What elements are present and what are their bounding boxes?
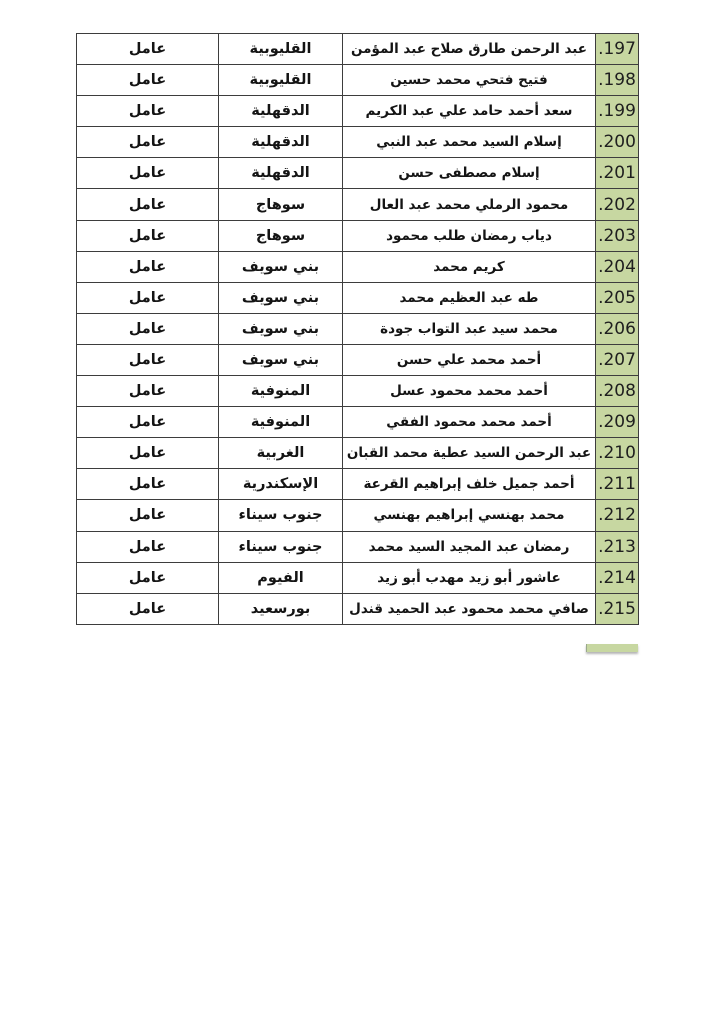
occupation-cell: عامل (77, 220, 219, 251)
governorate-cell: الدقهلية (219, 96, 343, 127)
governorate-cell: الإسكندرية (219, 469, 343, 500)
serial-number-cell: 206. (596, 313, 639, 344)
table-row: 213.رمضان عبد المجيد السيد محمدجنوب سينا… (77, 531, 639, 562)
table-row: 197.عبد الرحمن طارق صلاح عبد المؤمنالقلي… (77, 34, 639, 65)
full-name-cell: صافي محمد محمود عبد الحميد قندل (343, 593, 596, 624)
occupation-cell: عامل (77, 593, 219, 624)
governorate-cell: جنوب سيناء (219, 531, 343, 562)
table-row: 208.أحمد محمد محمود عسلالمنوفيةعامل (77, 376, 639, 407)
full-name-cell: محمود الرملي محمد عبد العال (343, 189, 596, 220)
serial-number-cell: 210. (596, 438, 639, 469)
table-row: 210.عبد الرحمن السيد عطية محمد القبانالغ… (77, 438, 639, 469)
serial-number-cell: 197. (596, 34, 639, 65)
serial-number-cell: 199. (596, 96, 639, 127)
table-row: 201.إسلام مصطفى حسنالدقهليةعامل (77, 158, 639, 189)
full-name-cell: رمضان عبد المجيد السيد محمد (343, 531, 596, 562)
full-name-cell: عاشور أبو زيد مهدب أبو زيد (343, 562, 596, 593)
governorate-cell: بني سويف (219, 344, 343, 375)
table-row: 215.صافي محمد محمود عبد الحميد قندلبورسع… (77, 593, 639, 624)
serial-number-cell: 215. (596, 593, 639, 624)
table-row: 212.محمد بهنسي إبراهيم بهنسيجنوب سيناءعا… (77, 500, 639, 531)
governorate-cell: بني سويف (219, 282, 343, 313)
full-name-cell: عبد الرحمن طارق صلاح عبد المؤمن (343, 34, 596, 65)
full-name-cell: كريم محمد (343, 251, 596, 282)
occupation-cell: عامل (77, 127, 219, 158)
full-name-cell: طه عبد العظيم محمد (343, 282, 596, 313)
serial-number-cell: 208. (596, 376, 639, 407)
serial-number-cell: 201. (596, 158, 639, 189)
governorate-cell: الدقهلية (219, 158, 343, 189)
table-row: 199.سعد أحمد حامد علي عبد الكريمالدقهلية… (77, 96, 639, 127)
full-name-cell: سعد أحمد حامد علي عبد الكريم (343, 96, 596, 127)
serial-number-cell: 198. (596, 65, 639, 96)
occupation-cell: عامل (77, 469, 219, 500)
full-name-cell: أحمد جميل خلف إبراهيم القرعة (343, 469, 596, 500)
governorate-cell: بني سويف (219, 313, 343, 344)
serial-number-cell: 209. (596, 407, 639, 438)
table-row: 203.دياب رمضان طلب محمودسوهاجعامل (77, 220, 639, 251)
serial-number-cell: 213. (596, 531, 639, 562)
occupation-cell: عامل (77, 500, 219, 531)
full-name-cell: أحمد محمد علي حسن (343, 344, 596, 375)
occupation-cell: عامل (77, 344, 219, 375)
serial-number-cell: 211. (596, 469, 639, 500)
occupation-cell: عامل (77, 531, 219, 562)
occupation-cell: عامل (77, 34, 219, 65)
full-name-cell: عبد الرحمن السيد عطية محمد القبان (343, 438, 596, 469)
governorate-cell: الدقهلية (219, 127, 343, 158)
governorate-cell: المنوفية (219, 376, 343, 407)
document-page: 197.عبد الرحمن طارق صلاح عبد المؤمنالقلي… (0, 0, 724, 1024)
governorate-cell: القليوبية (219, 34, 343, 65)
governorate-cell: جنوب سيناء (219, 500, 343, 531)
roster-table-body: 197.عبد الرحمن طارق صلاح عبد المؤمنالقلي… (77, 34, 639, 625)
next-row-partial-number-cell (586, 644, 638, 652)
full-name-cell: أحمد محمد محمود عسل (343, 376, 596, 407)
governorate-cell: المنوفية (219, 407, 343, 438)
table-row: 202.محمود الرملي محمد عبد العالسوهاجعامل (77, 189, 639, 220)
serial-number-cell: 204. (596, 251, 639, 282)
occupation-cell: عامل (77, 407, 219, 438)
occupation-cell: عامل (77, 65, 219, 96)
governorate-cell: سوهاج (219, 220, 343, 251)
governorate-cell: القليوبية (219, 65, 343, 96)
table-row: 205.طه عبد العظيم محمدبني سويفعامل (77, 282, 639, 313)
serial-number-cell: 202. (596, 189, 639, 220)
full-name-cell: أحمد محمد محمود الفقي (343, 407, 596, 438)
table-row: 209.أحمد محمد محمود الفقيالمنوفيةعامل (77, 407, 639, 438)
occupation-cell: عامل (77, 96, 219, 127)
table-row: 200.إسلام السيد محمد عبد النبيالدقهليةعا… (77, 127, 639, 158)
serial-number-cell: 205. (596, 282, 639, 313)
occupation-cell: عامل (77, 282, 219, 313)
table-row: 211.أحمد جميل خلف إبراهيم القرعةالإسكندر… (77, 469, 639, 500)
occupation-cell: عامل (77, 313, 219, 344)
table-row: 198.فتيح فتحي محمد حسينالقليوبيةعامل (77, 65, 639, 96)
full-name-cell: فتيح فتحي محمد حسين (343, 65, 596, 96)
table-row: 204.كريم محمدبني سويفعامل (77, 251, 639, 282)
workers-roster-table: 197.عبد الرحمن طارق صلاح عبد المؤمنالقلي… (77, 33, 639, 625)
governorate-cell: سوهاج (219, 189, 343, 220)
occupation-cell: عامل (77, 189, 219, 220)
governorate-cell: الغربية (219, 438, 343, 469)
serial-number-cell: 212. (596, 500, 639, 531)
table-row: 206.محمد سيد عبد التواب جودةبني سويفعامل (77, 313, 639, 344)
governorate-cell: الفيوم (219, 562, 343, 593)
occupation-cell: عامل (77, 251, 219, 282)
governorate-cell: بني سويف (219, 251, 343, 282)
occupation-cell: عامل (77, 376, 219, 407)
governorate-cell: بورسعيد (219, 593, 343, 624)
serial-number-cell: 203. (596, 220, 639, 251)
full-name-cell: محمد سيد عبد التواب جودة (343, 313, 596, 344)
occupation-cell: عامل (77, 438, 219, 469)
full-name-cell: إسلام مصطفى حسن (343, 158, 596, 189)
occupation-cell: عامل (77, 158, 219, 189)
table-row: 214.عاشور أبو زيد مهدب أبو زيدالفيومعامل (77, 562, 639, 593)
table-row: 207.أحمد محمد علي حسنبني سويفعامل (77, 344, 639, 375)
serial-number-cell: 207. (596, 344, 639, 375)
full-name-cell: دياب رمضان طلب محمود (343, 220, 596, 251)
full-name-cell: محمد بهنسي إبراهيم بهنسي (343, 500, 596, 531)
full-name-cell: إسلام السيد محمد عبد النبي (343, 127, 596, 158)
serial-number-cell: 200. (596, 127, 639, 158)
serial-number-cell: 214. (596, 562, 639, 593)
roster-table: 197.عبد الرحمن طارق صلاح عبد المؤمنالقلي… (76, 33, 639, 625)
occupation-cell: عامل (77, 562, 219, 593)
